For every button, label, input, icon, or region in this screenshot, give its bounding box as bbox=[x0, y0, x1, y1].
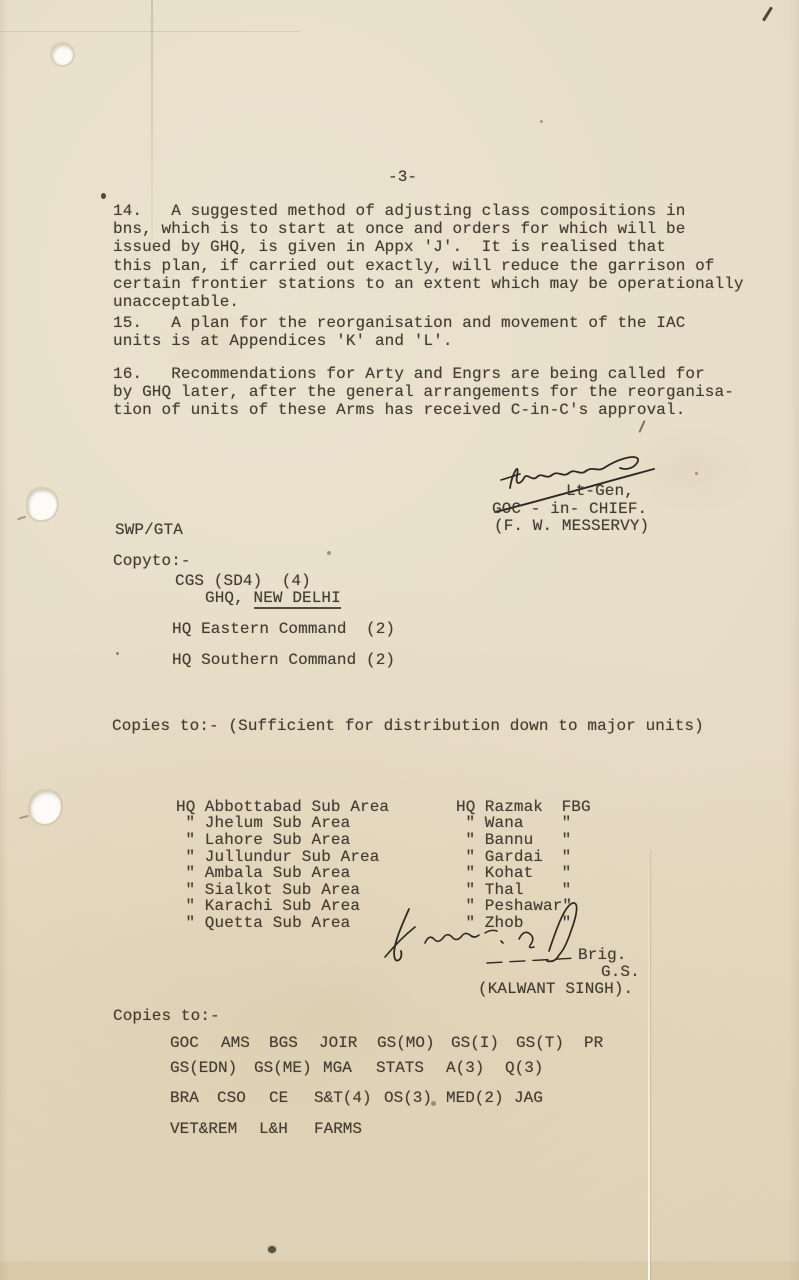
appointment-abbreviation: VET&REM bbox=[170, 1120, 259, 1138]
ink-blot bbox=[268, 1246, 276, 1253]
pencil-mark bbox=[19, 815, 29, 820]
appointment-abbreviation: GS(T) bbox=[516, 1034, 584, 1052]
punch-hole bbox=[52, 44, 73, 65]
file-reference: SWP/GTA bbox=[115, 521, 183, 539]
punch-hole bbox=[28, 489, 57, 520]
appointment-abbreviation: GS(MO) bbox=[377, 1034, 451, 1052]
distribution-entry: "Jullundur Sub Area bbox=[176, 849, 389, 866]
appointment-abbreviation: JOIR bbox=[319, 1034, 377, 1052]
appointment-abbreviation: OS(3) bbox=[384, 1089, 446, 1107]
appointment-abbreviation: BRA bbox=[170, 1089, 217, 1107]
appointment-abbreviation: CSO bbox=[217, 1089, 269, 1107]
paragraph-15: 15. A plan for the reorganisation and mo… bbox=[113, 314, 685, 350]
pencil-mark bbox=[762, 6, 773, 21]
paper-crease bbox=[0, 31, 300, 32]
appointment-abbreviation: GS(ME) bbox=[254, 1059, 323, 1077]
appointment-abbreviation: GS(I) bbox=[451, 1034, 516, 1052]
ink-speck bbox=[695, 472, 698, 475]
distribution-entry: "Thal" bbox=[456, 882, 591, 899]
appointment-abbreviation: A(3) bbox=[446, 1059, 505, 1077]
distribution-entry: "Quetta Sub Area bbox=[176, 915, 389, 932]
distribution-entry: "Bannu" bbox=[456, 832, 591, 849]
distribution-entry: "Gardai" bbox=[456, 849, 591, 866]
appointments-row-1: GOCAMSBGSJOIRGS(MO)GS(I)GS(T)PR bbox=[170, 1034, 603, 1052]
copy-to-heading: Copyto:- bbox=[113, 552, 191, 570]
paper-fold-crease bbox=[648, 850, 650, 1280]
distribution-entry: "Kohat" bbox=[456, 865, 591, 882]
appointment-abbreviation: BGS bbox=[269, 1034, 319, 1052]
ink-speck bbox=[116, 652, 119, 655]
distribution-entry: "Karachi Sub Area bbox=[176, 898, 389, 915]
appointment-abbreviation: PR bbox=[584, 1034, 603, 1052]
scanned-document-page: -3- 14. A suggested method of adjusting … bbox=[0, 0, 799, 1280]
appointments-row-3: BRACSOCES&T(4)OS(3)MED(2)JAG bbox=[170, 1089, 543, 1107]
distribution-entry: "Lahore Sub Area bbox=[176, 832, 389, 849]
signature2-name: (KALWANT SINGH). bbox=[478, 980, 633, 998]
ink-speck bbox=[101, 193, 106, 199]
distribution-entry: HQRazmakFBG bbox=[456, 799, 591, 816]
kalwant-singh-handwritten-signature bbox=[381, 899, 611, 971]
pencil-mark bbox=[17, 516, 26, 521]
pencil-slash-mark bbox=[638, 420, 645, 433]
appointment-abbreviation: GS(EDN) bbox=[170, 1059, 254, 1077]
ghq-location-underlined: NEW DELHI bbox=[254, 589, 341, 609]
copy-to-ghq: GHQ, NEW DELHI bbox=[205, 589, 341, 607]
paper-stain bbox=[260, 960, 420, 1070]
distribution-entry: "Ambala Sub Area bbox=[176, 865, 389, 882]
paragraph-16: 16. Recommendations for Arty and Engrs a… bbox=[113, 365, 734, 420]
distribution-heading: Copies to:- (Sufficient for distribution… bbox=[112, 717, 704, 735]
appointment-abbreviation: FARMS bbox=[314, 1120, 362, 1138]
copy-to-southern-command: HQ Southern Command (2) bbox=[172, 651, 395, 669]
appointment-abbreviation: JAG bbox=[514, 1089, 543, 1107]
punch-hole bbox=[30, 791, 61, 824]
appointment-abbreviation: GOC bbox=[170, 1034, 221, 1052]
appointment-abbreviation: MGA bbox=[323, 1059, 376, 1077]
appointment-abbreviation: MED(2) bbox=[446, 1089, 514, 1107]
ghq-prefix: GHQ, bbox=[205, 589, 254, 607]
copy-to-cgs: CGS (SD4) (4) bbox=[175, 572, 311, 590]
signature2-branch: G.S. bbox=[601, 963, 640, 981]
page-number: -3- bbox=[388, 168, 417, 186]
distribution-entry: "Sialkot Sub Area bbox=[176, 882, 389, 899]
appointment-abbreviation: S&T(4) bbox=[314, 1089, 384, 1107]
signature1-title: GOC - in- CHIEF. bbox=[492, 500, 647, 518]
distribution-entry: "Jhelum Sub Area bbox=[176, 815, 389, 832]
copy-to-eastern-command: HQ Eastern Command (2) bbox=[172, 620, 395, 638]
copies-to-appointments-heading: Copies to:- bbox=[113, 1007, 220, 1025]
appointment-abbreviation: CE bbox=[269, 1089, 314, 1107]
appointment-abbreviation: L&H bbox=[259, 1120, 314, 1138]
ink-speck bbox=[327, 551, 331, 555]
paragraph-14: 14. A suggested method of adjusting clas… bbox=[113, 202, 744, 311]
distribution-entry: HQAbbottabad Sub Area bbox=[176, 799, 389, 816]
ink-speck bbox=[540, 120, 543, 123]
appointment-abbreviation: AMS bbox=[221, 1034, 269, 1052]
distribution-entry: "Wana" bbox=[456, 815, 591, 832]
distribution-left-column: HQAbbottabad Sub Area"Jhelum Sub Area"La… bbox=[176, 749, 389, 932]
appointments-row-2: GS(EDN)GS(ME)MGASTATSA(3)Q(3) bbox=[170, 1059, 543, 1077]
appointments-row-4: VET&REML&HFARMS bbox=[170, 1120, 362, 1138]
signature1-name: (F. W. MESSERVY) bbox=[494, 517, 649, 535]
appointment-abbreviation: Q(3) bbox=[505, 1059, 543, 1077]
signature1-rank: Lt-Gen, bbox=[566, 482, 634, 500]
signature2-rank: Brig. bbox=[578, 946, 627, 964]
appointment-abbreviation: STATS bbox=[376, 1059, 446, 1077]
